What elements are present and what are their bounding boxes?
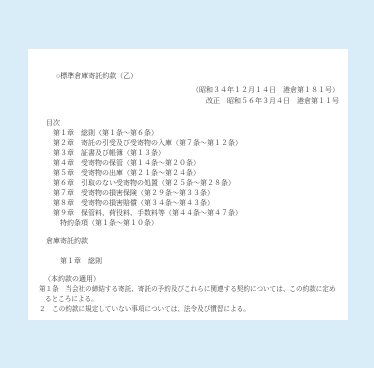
toc-heading: 目次 [46, 119, 60, 129]
chapter-1-heading: 第１章 総則 [60, 257, 102, 267]
desktop-background: { "document": { "title": "○標準倉庫寄託約款（乙）",… [0, 0, 374, 368]
toc-item: 第５章 受寄物の出庫（第２１条～第２４条） [53, 169, 242, 179]
toc-item: 第４章 受寄物の保管（第１４条～第２０条） [53, 159, 242, 169]
toc-item: 第３章 証書及び帳簿（第１３条） [53, 149, 242, 159]
article-line: 第１条 当会社の締結する寄託、寄託の予約及びこれらに関連する契約については、この… [39, 285, 336, 295]
article-1-text: 第１条 当会社の締結する寄託、寄託の予約及びこれらに関連する契約については、この… [39, 285, 336, 315]
document-header-right: （昭和３４年１２月１４日 港倉第１８１号） 改正 昭和５６年３月４日 港倉第１１… [192, 86, 339, 107]
toc-special-provisions: 特約条項（第１条～第１０条） [60, 219, 158, 229]
article-line: ２ この約款に規定していない事項については、法令及び慣習による。 [39, 305, 336, 315]
article-1-caption: （本約款の適用） [44, 275, 100, 285]
toc-item: 第９章 保管料、荷役料、手数料等（第４４条～第４７条） [53, 209, 242, 219]
contract-title: 倉庫寄託約款 [46, 237, 88, 247]
article-line: るところによる。 [39, 295, 336, 305]
toc-item: 第２章 寄託の引受及び受寄物の入庫（第７条～第１２条） [53, 139, 242, 149]
toc-list: 第１章 総則（第１条～第６条） 第２章 寄託の引受及び受寄物の入庫（第７条～第１… [53, 129, 242, 219]
toc-item: 第６章 引取のない受寄物の処置（第２５条～第２８条） [53, 179, 242, 189]
toc-item: 第１章 総則（第１条～第６条） [53, 129, 242, 139]
toc-item: 第８章 受寄物の損害賠償（第３４条～第４３条） [53, 199, 242, 209]
issued-date-line: （昭和３４年１２月１４日 港倉第１８１号） [192, 86, 339, 97]
document-page: ○標準倉庫寄託約款（乙） （昭和３４年１２月１４日 港倉第１８１号） 改正 昭和… [28, 49, 348, 320]
toc-item: 第７章 受寄物の損害保険（第２９条～第３３条） [53, 189, 242, 199]
revised-date-line: 改正 昭和５６年３月４日 港倉第１１号 [192, 97, 339, 108]
document-title: ○標準倉庫寄託約款（乙） [56, 72, 137, 82]
